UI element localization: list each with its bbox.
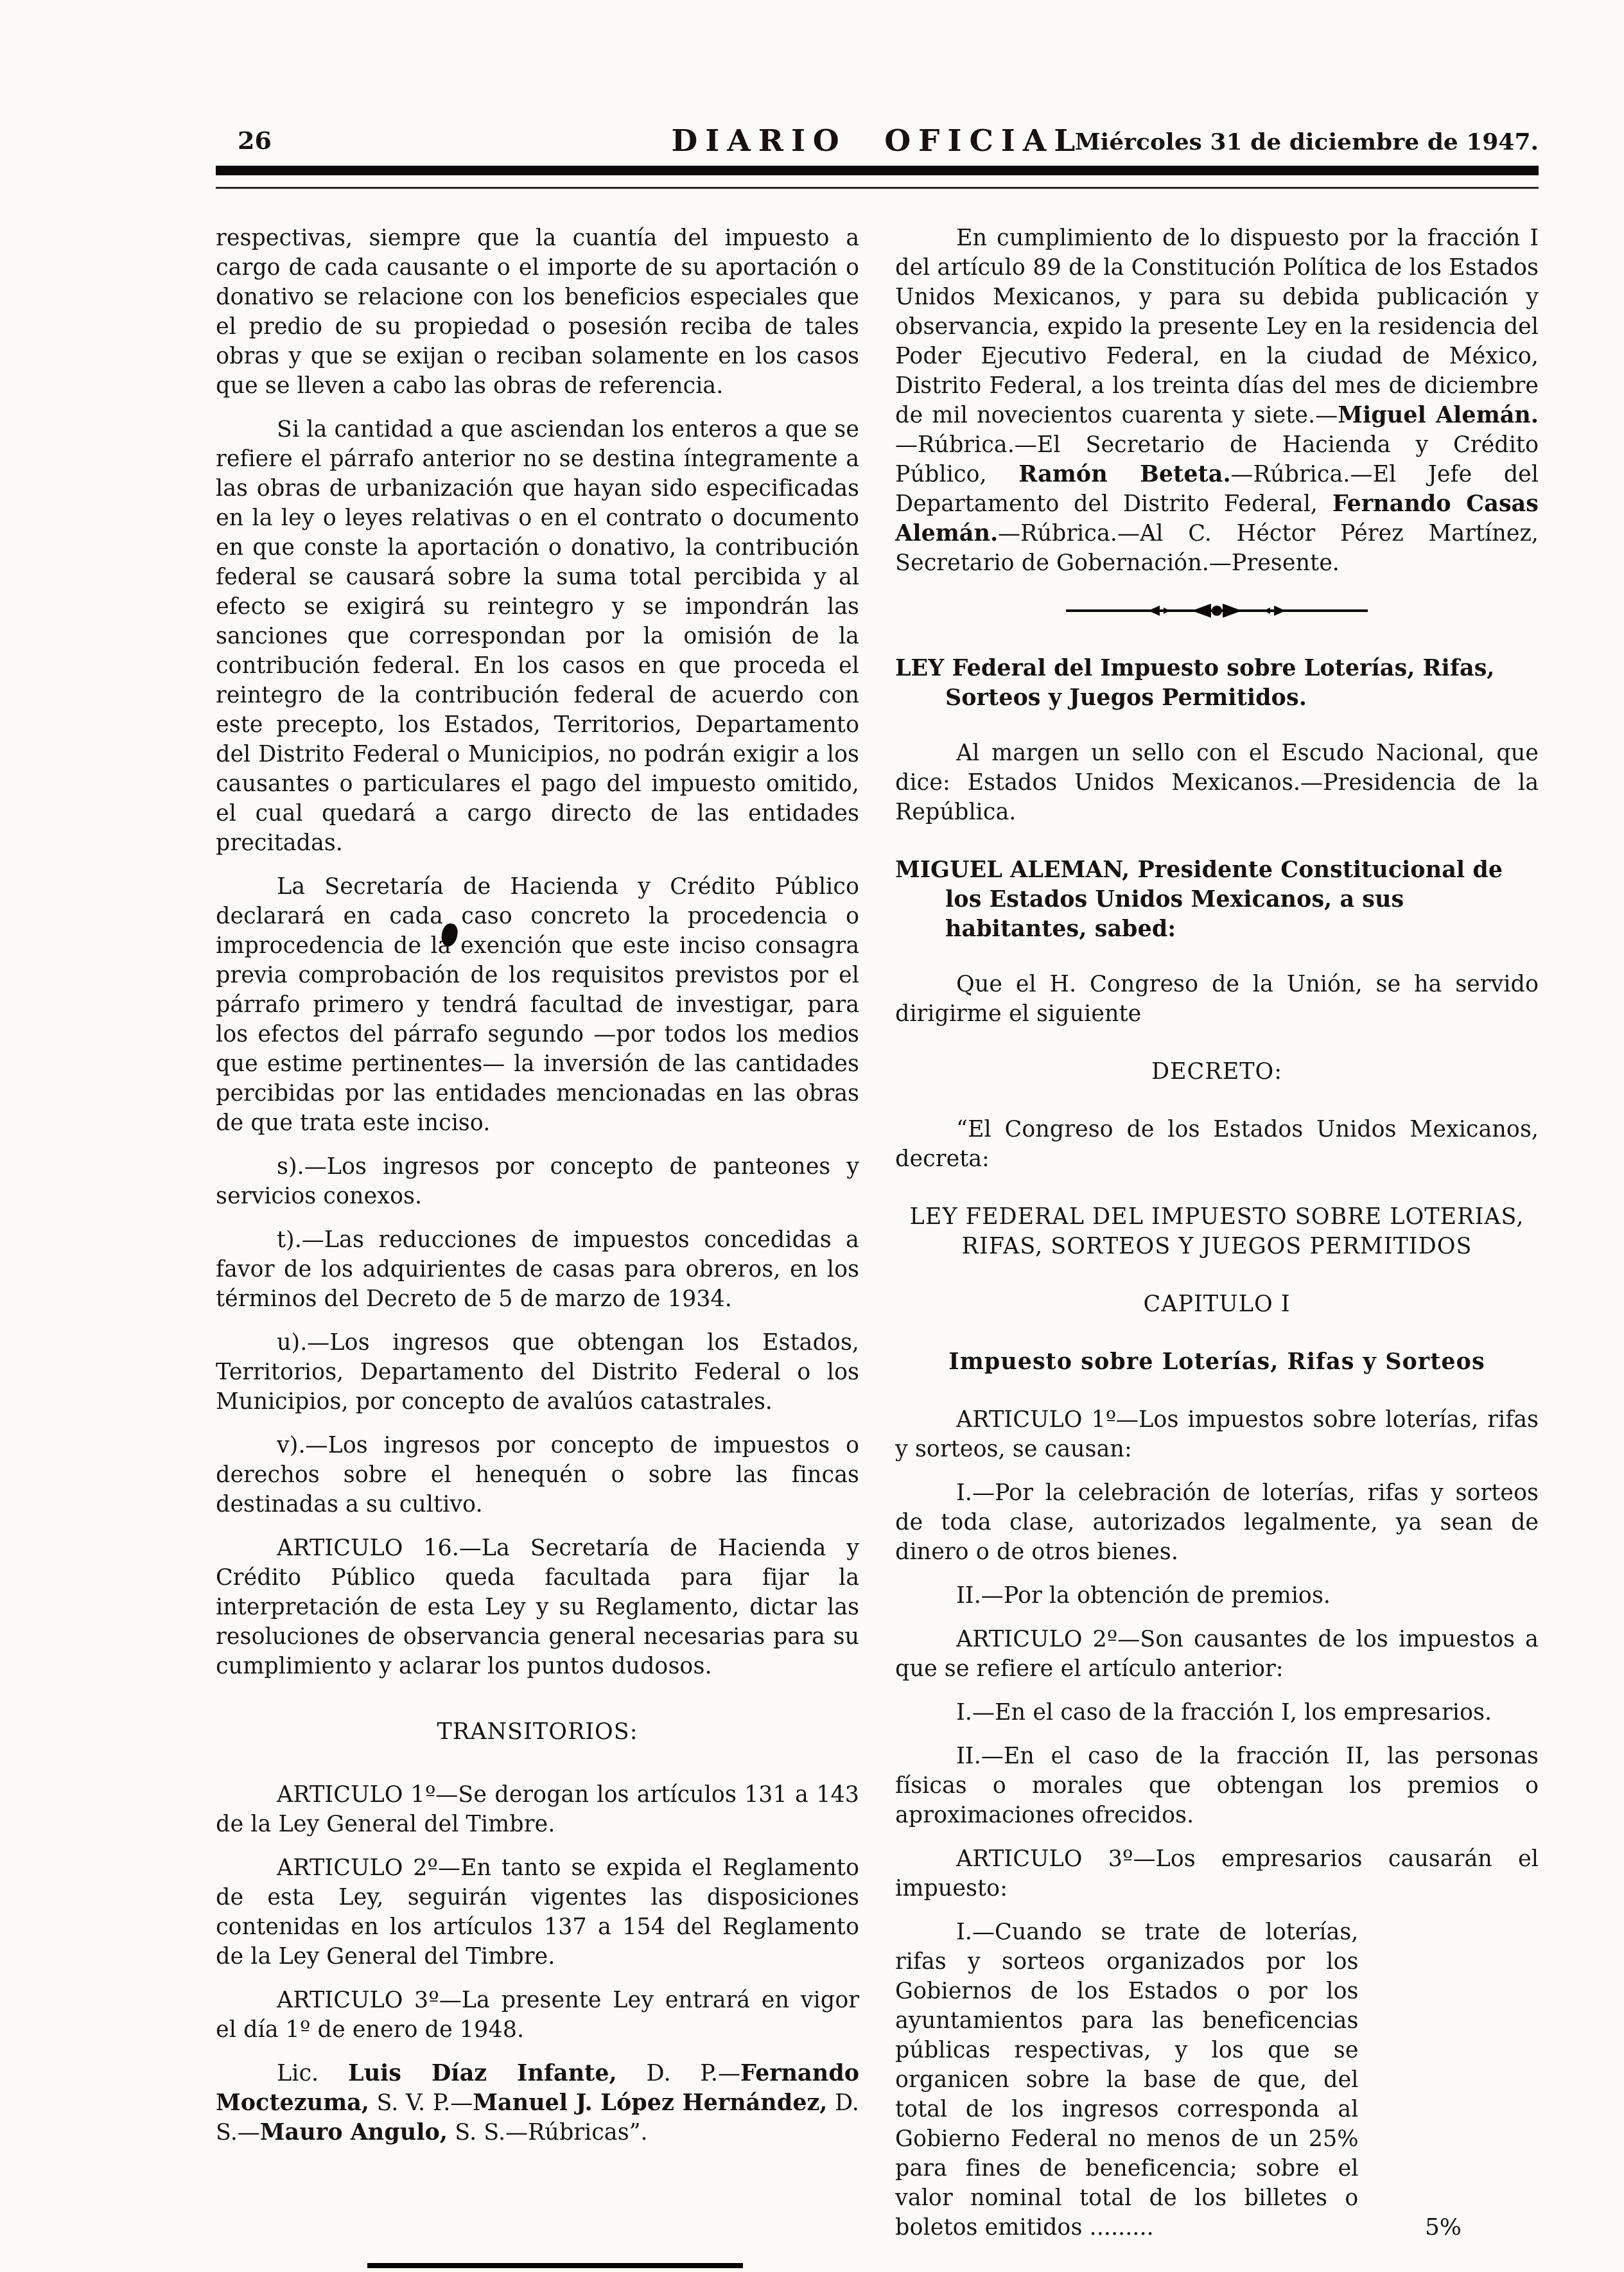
- articulo-3-fraccion-1: I.—Cuando se trate de loterías, rifas y …: [895, 1918, 1358, 2242]
- paragraph-continuation: respectivas, siempre que la cuantía del …: [216, 223, 859, 401]
- articulo-3: ARTICULO 3º—Los empresarios causarán el …: [895, 1844, 1539, 1903]
- congress-paragraph: Que el H. Congreso de la Unión, se ha se…: [895, 970, 1539, 1029]
- articulo-2-fraccion-2: II.—En el caso de la fracción II, las pe…: [895, 1742, 1539, 1830]
- chapter-subtitle: Impuesto sobre Loterías, Rifas y Sorteos: [895, 1347, 1539, 1377]
- law-full-title: LEY FEDERAL DEL IMPUESTO SOBRE LOTERIAS,…: [895, 1202, 1539, 1261]
- tax-rate-value: 5%: [1425, 2213, 1462, 2242]
- transitorio-articulo-2: ARTICULO 2º—En tanto se expida el Reglam…: [216, 1853, 859, 1971]
- issue-date: Miércoles 31 de diciembre de 1947.: [1075, 128, 1539, 155]
- list-item-u: u).—Los ingresos que obtengan los Estado…: [216, 1328, 859, 1417]
- seal-paragraph: Al margen un sello con el Escudo Naciona…: [895, 738, 1539, 827]
- right-column: En cumplimiento de lo dispuesto por la f…: [895, 223, 1539, 2257]
- articulo-16: ARTICULO 16.—La Secretaría de Hacienda y…: [216, 1534, 859, 1681]
- promulgation-paragraph: En cumplimiento de lo dispuesto por la f…: [895, 223, 1539, 578]
- list-item-s: s).—Los ingresos por concepto de panteon…: [216, 1152, 859, 1211]
- paragraph: Si la cantidad a que asciendan los enter…: [216, 415, 859, 858]
- header-rule-thin: [216, 187, 1539, 189]
- scan-artifact-line: [367, 2263, 743, 2268]
- article-body: respectivas, siempre que la cuantía del …: [216, 223, 1539, 2257]
- articulo-1: ARTICULO 1º—Los impuestos sobre loterías…: [895, 1405, 1539, 1464]
- section-divider-ornament: [895, 601, 1539, 620]
- law-title-heading: LEY Federal del Impuesto sobre Loterías,…: [895, 654, 1539, 713]
- list-item-v: v).—Los ingresos por concepto de impuest…: [216, 1431, 859, 1519]
- paragraph: La Secretaría de Hacienda y Crédito Públ…: [216, 872, 859, 1138]
- signatures: Lic. Luis Díaz Infante, D. P.—Fernando M…: [216, 2059, 859, 2147]
- page-header: 26 DIARIO OFICIAL Miércoles 31 de diciem…: [216, 123, 1539, 161]
- capitulo-heading: CAPITULO I: [895, 1289, 1539, 1319]
- articulo-2-fraccion-1: I.—En el caso de la fracción I, los empr…: [895, 1698, 1539, 1727]
- list-item-t: t).—Las reducciones de impuestos concedi…: [216, 1225, 859, 1314]
- divider-ornament-icon: [1066, 601, 1368, 620]
- decreta-paragraph: “El Congreso de los Estados Unidos Mexic…: [895, 1115, 1539, 1174]
- fraccion-2: II.—Por la obtención de premios.: [895, 1581, 1539, 1611]
- decreto-heading: DECRETO:: [895, 1057, 1539, 1087]
- articulo-2: ARTICULO 2º—Son causantes de los impuest…: [895, 1625, 1539, 1684]
- transitorio-articulo-1: ARTICULO 1º—Se derogan los artículos 131…: [216, 1780, 859, 1839]
- transitorios-heading: TRANSITORIOS:: [216, 1717, 859, 1747]
- left-column: respectivas, siempre que la cuantía del …: [216, 223, 859, 2257]
- rate-line: I.—Cuando se trate de loterías, rifas y …: [895, 1918, 1539, 2242]
- header-rule-thick: [216, 166, 1539, 175]
- transitorio-articulo-3: ARTICULO 3º—La presente Ley entrará en v…: [216, 1986, 859, 2045]
- newspaper-page: 26 DIARIO OFICIAL Miércoles 31 de diciem…: [0, 0, 1624, 2272]
- president-proclamation: MIGUEL ALEMAN, Presidente Constitucional…: [895, 855, 1539, 944]
- fraccion-1: I.—Por la celebración de loterías, rifas…: [895, 1478, 1539, 1567]
